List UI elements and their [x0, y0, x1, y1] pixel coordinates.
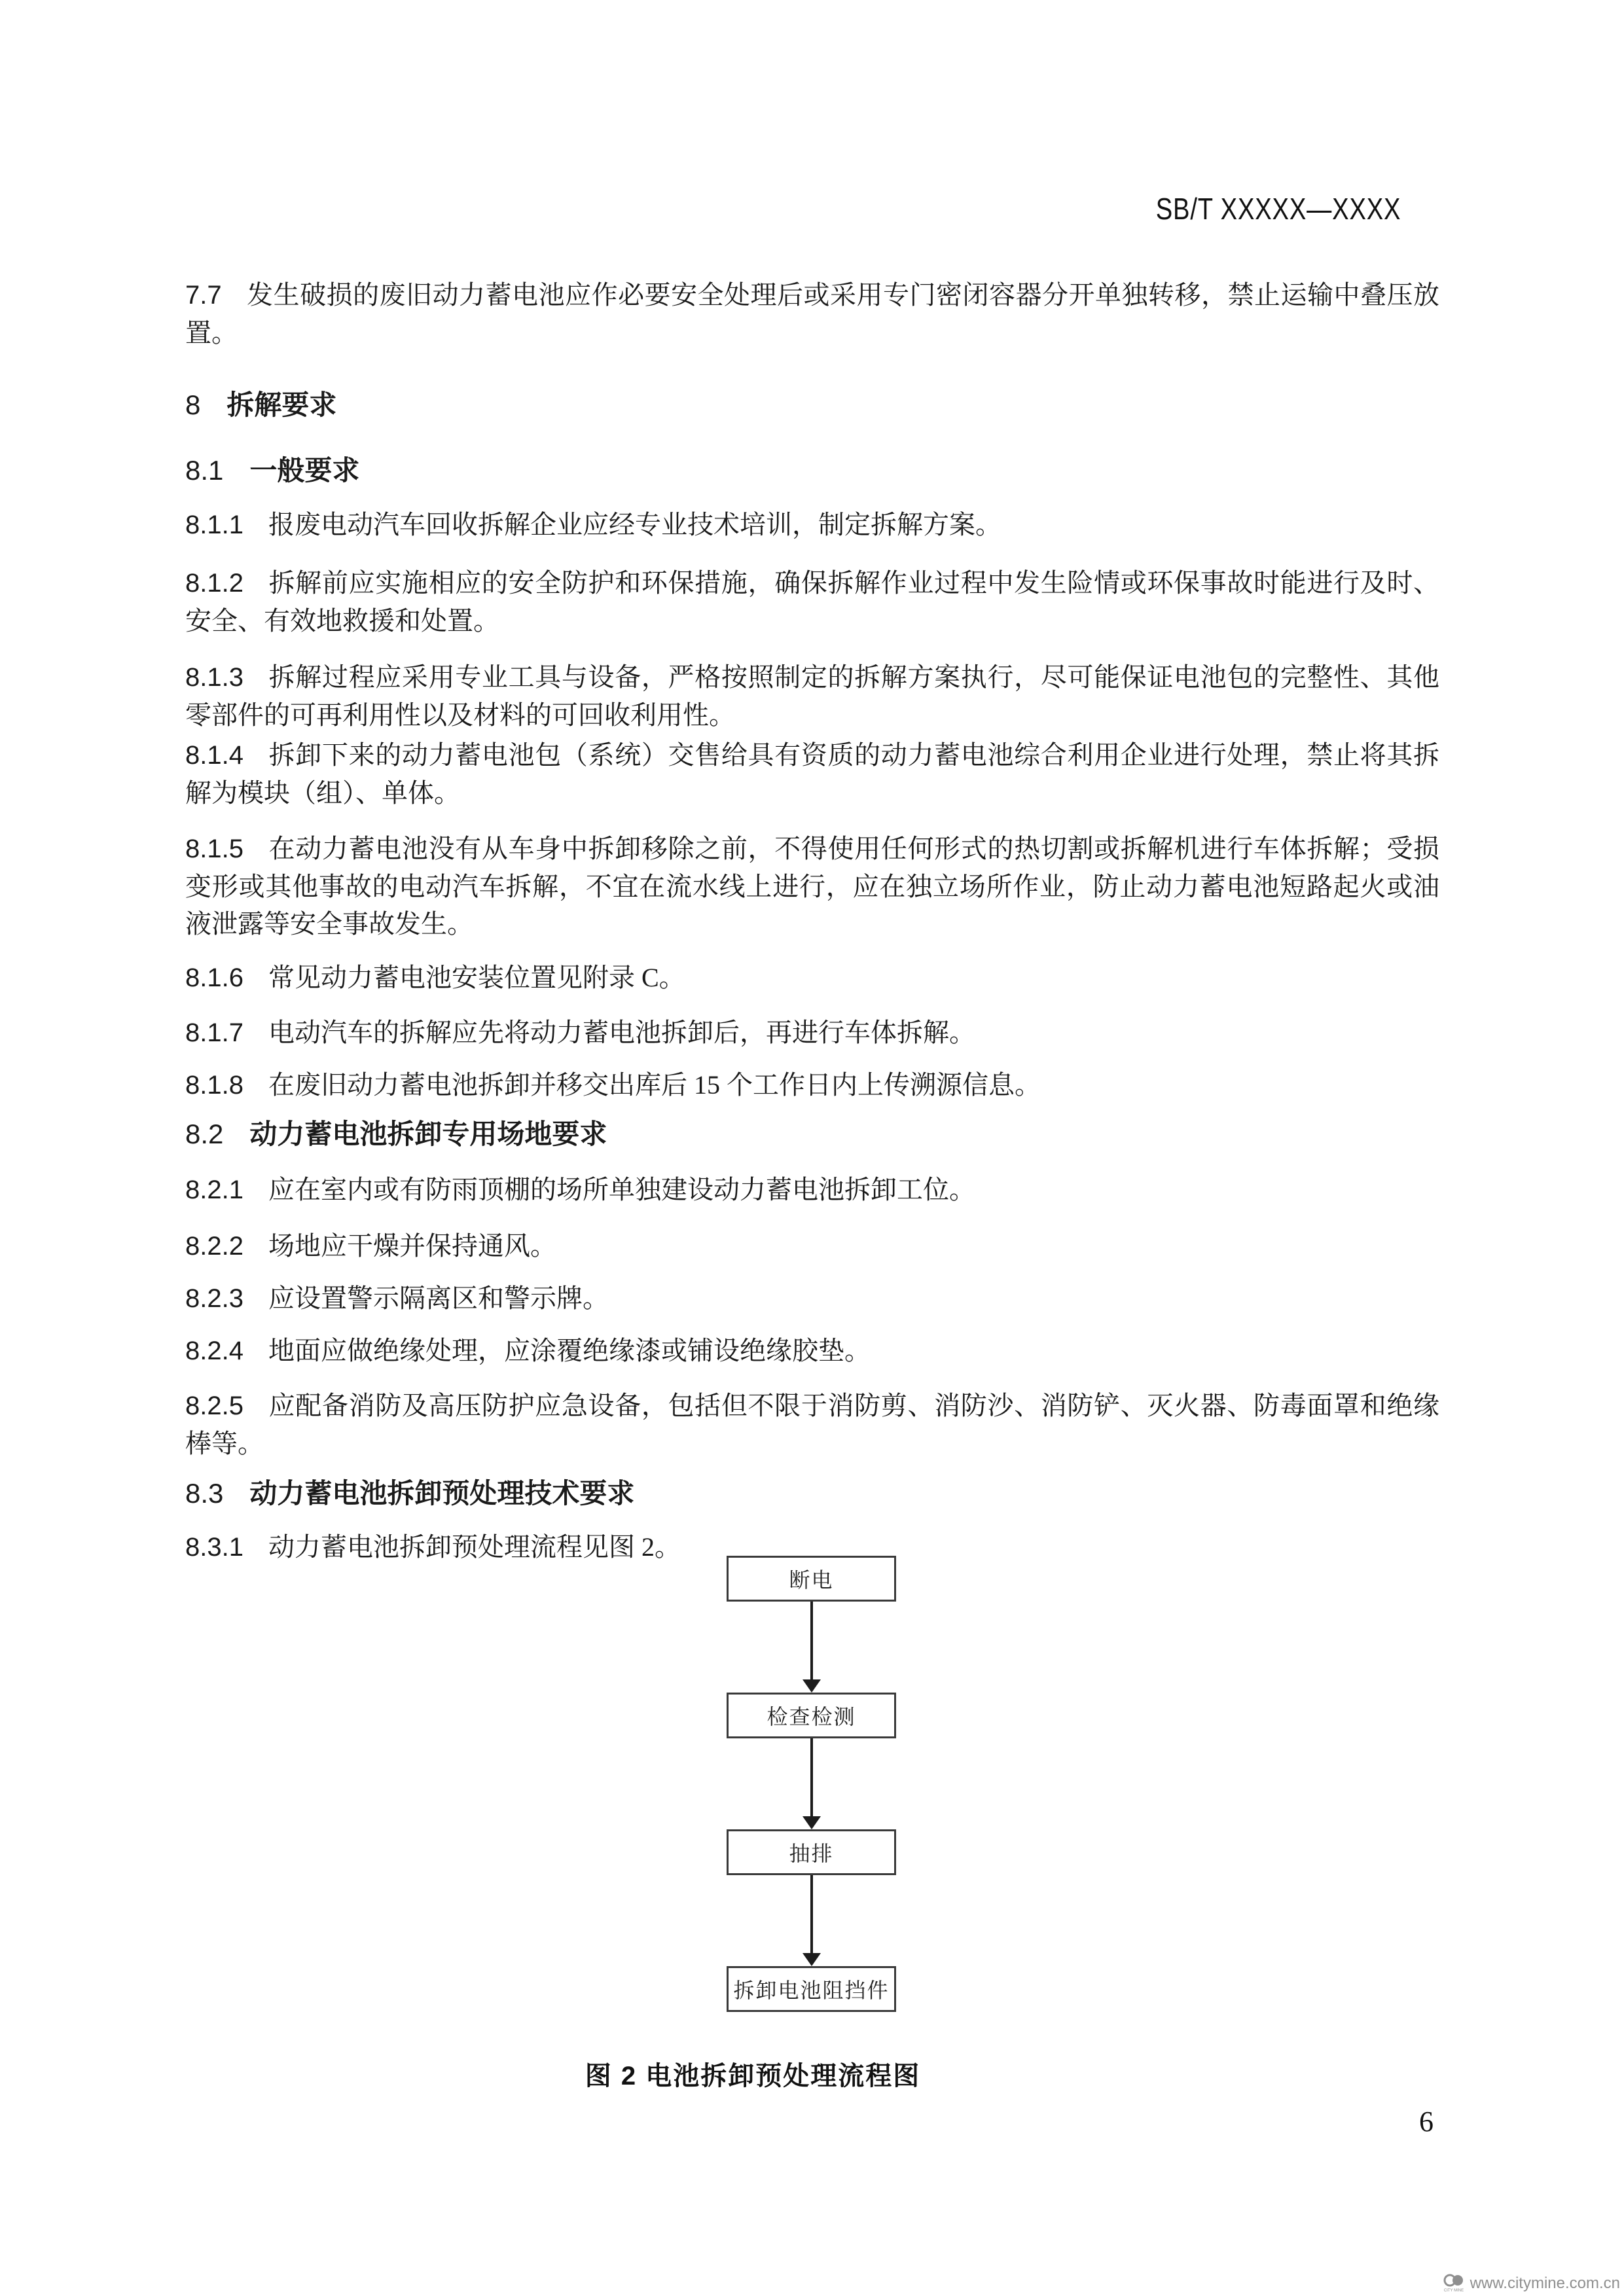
heading-number: 8: [185, 389, 200, 420]
clause-number: 8.1.8: [185, 1071, 244, 1100]
clause-text: 在废旧动力蓄电池拆卸并移交出库后 15 个工作日内上传溯源信息。: [268, 1070, 1041, 1100]
clause-8-1-7: 8.1.7电动汽车的拆解应先将动力蓄电池拆卸后，再进行车体拆解。: [185, 1014, 1439, 1052]
heading-text: 一般要求: [249, 455, 359, 486]
clause-text: 在动力蓄电池没有从车身中拆卸移除之前，不得使用任何形式的热切割或拆解机进行车体拆…: [185, 834, 1439, 939]
flowchart-step-inspection: 检查检测: [727, 1693, 896, 1738]
flowchart-step-label: 检查检测: [767, 1700, 856, 1731]
arrow-down-icon: [803, 1679, 821, 1693]
document-page: SB/T XXXXX—XXXX 7.7发生破损的废旧动力蓄电池应作必要安全处理后…: [0, 0, 1624, 2296]
flowchart-step-remove-obstacles: 拆卸电池阻挡件: [727, 1966, 896, 2012]
clause-8-2-1: 8.2.1应在室内或有防雨顶棚的场所单独建设动力蓄电池拆卸工位。: [185, 1171, 1439, 1209]
arrow-down-icon: [803, 1816, 821, 1829]
clause-text: 电动汽车的拆解应先将动力蓄电池拆卸后，再进行车体拆解。: [268, 1018, 975, 1047]
clause-8-2-5: 8.2.5应配备消防及高压防护应急设备，包括但不限于消防剪、消防沙、消防铲、灭火…: [185, 1387, 1439, 1462]
heading-8-1: 8.1一般要求: [185, 454, 1439, 487]
clause-text: 常见动力蓄电池安装位置见附录 C。: [268, 963, 685, 992]
clause-8-1-4: 8.1.4拆卸下来的动力蓄电池包（系统）交售给具有资质的动力蓄电池综合利用企业进…: [185, 736, 1439, 812]
flowchart-step-label: 断电: [789, 1564, 833, 1594]
flowchart-step-drain: 抽排: [727, 1829, 896, 1875]
clause-text: 动力蓄电池拆卸预处理流程见图 2。: [268, 1532, 681, 1562]
svg-text:CITY MINE: CITY MINE: [1443, 2289, 1463, 2293]
flowchart-step-power-off: 断电: [727, 1556, 896, 1602]
clause-text: 拆解前应实施相应的安全防护和环保措施，确保拆解作业过程中发生险情或环保事故时能进…: [185, 568, 1439, 636]
flowchart-step-label: 抽排: [789, 1837, 833, 1867]
clause-text: 场地应干燥并保持通风。: [268, 1231, 556, 1261]
clause-number: 8.2.3: [185, 1284, 244, 1313]
clause-8-1-8: 8.1.8在废旧动力蓄电池拆卸并移交出库后 15 个工作日内上传溯源信息。: [185, 1066, 1439, 1104]
clause-text: 拆卸下来的动力蓄电池包（系统）交售给具有资质的动力蓄电池综合利用企业进行处理，禁…: [185, 740, 1439, 808]
clause-number: 7.7: [185, 281, 222, 310]
clause-text: 地面应做绝缘处理，应涂覆绝缘漆或铺设绝缘胶垫。: [268, 1336, 871, 1365]
clause-text: 拆解过程应采用专业工具与设备，严格按照制定的拆解方案执行，尽可能保证电池包的完整…: [185, 662, 1439, 730]
clause-7-7: 7.7发生破损的废旧动力蓄电池应作必要安全处理后或采用专门密闭容器分开单独转移，…: [185, 276, 1439, 351]
citymine-logo-icon: CITY MINE: [1443, 2274, 1465, 2293]
clause-8-1-2: 8.1.2拆解前应实施相应的安全防护和环保措施，确保拆解作业过程中发生险情或环保…: [185, 564, 1439, 639]
heading-8-3: 8.3动力蓄电池拆卸预处理技术要求: [185, 1477, 1439, 1510]
clause-8-1-1: 8.1.1报废电动汽车回收拆解企业应经专业技术培训，制定拆解方案。: [185, 506, 1439, 544]
heading-number: 8.1: [185, 455, 223, 486]
clause-number: 8.3.1: [185, 1533, 244, 1562]
clause-text: 应在室内或有防雨顶棚的场所单独建设动力蓄电池拆卸工位。: [268, 1175, 975, 1204]
clause-number: 8.1.4: [185, 741, 244, 770]
watermark: CITY MINE www.citymine.com.cn: [1443, 2274, 1620, 2293]
doc-code-header: SB/T XXXXX—XXXX: [1155, 194, 1401, 224]
page-number: 6: [1419, 2105, 1434, 2138]
clause-number: 8.1.6: [185, 963, 244, 992]
clause-number: 8.1.2: [185, 569, 244, 598]
figure-2-caption: 图 2 电池拆卸预处理流程图: [0, 2055, 1506, 2092]
flowchart-step-label: 拆卸电池阻挡件: [733, 1974, 889, 2004]
heading-8-2: 8.2动力蓄电池拆卸专用场地要求: [185, 1118, 1439, 1151]
clause-8-2-3: 8.2.3应设置警示隔离区和警示牌。: [185, 1280, 1439, 1318]
heading-8: 8拆解要求: [185, 389, 1439, 422]
heading-text: 动力蓄电池拆卸预处理技术要求: [249, 1478, 634, 1509]
clause-number: 8.2.1: [185, 1175, 244, 1204]
clause-text: 发生破损的废旧动力蓄电池应作必要安全处理后或采用专门密闭容器分开单独转移，禁止运…: [185, 280, 1439, 348]
clause-number: 8.1.3: [185, 663, 244, 692]
heading-text: 动力蓄电池拆卸专用场地要求: [249, 1119, 607, 1149]
clause-8-2-2: 8.2.2场地应干燥并保持通风。: [185, 1227, 1439, 1265]
clause-text: 应配备消防及高压防护应急设备，包括但不限于消防剪、消防沙、消防铲、灭火器、防毒面…: [185, 1391, 1439, 1458]
clause-8-1-5: 8.1.5在动力蓄电池没有从车身中拆卸移除之前，不得使用任何形式的热切割或拆解机…: [185, 830, 1439, 942]
heading-number: 8.3: [185, 1478, 223, 1509]
clause-text: 应设置警示隔离区和警示牌。: [268, 1283, 609, 1313]
clause-number: 8.2.5: [185, 1391, 244, 1420]
watermark-url: www.citymine.com.cn: [1470, 2276, 1620, 2291]
clause-number: 8.1.1: [185, 511, 244, 539]
clause-number: 8.1.5: [185, 834, 244, 863]
clause-number: 8.2.4: [185, 1336, 244, 1365]
clause-number: 8.2.2: [185, 1232, 244, 1261]
clause-8-1-3: 8.1.3拆解过程应采用专业工具与设备，严格按照制定的拆解方案执行，尽可能保证电…: [185, 658, 1439, 734]
clause-text: 报废电动汽车回收拆解企业应经专业技术培训，制定拆解方案。: [268, 510, 1001, 539]
arrow-down-icon: [803, 1953, 821, 1966]
heading-text: 拆解要求: [226, 389, 336, 420]
clause-8-1-6: 8.1.6常见动力蓄电池安装位置见附录 C。: [185, 959, 1439, 997]
heading-number: 8.2: [185, 1119, 223, 1149]
clause-8-2-4: 8.2.4地面应做绝缘处理，应涂覆绝缘漆或铺设绝缘胶垫。: [185, 1332, 1439, 1370]
clause-number: 8.1.7: [185, 1018, 244, 1047]
